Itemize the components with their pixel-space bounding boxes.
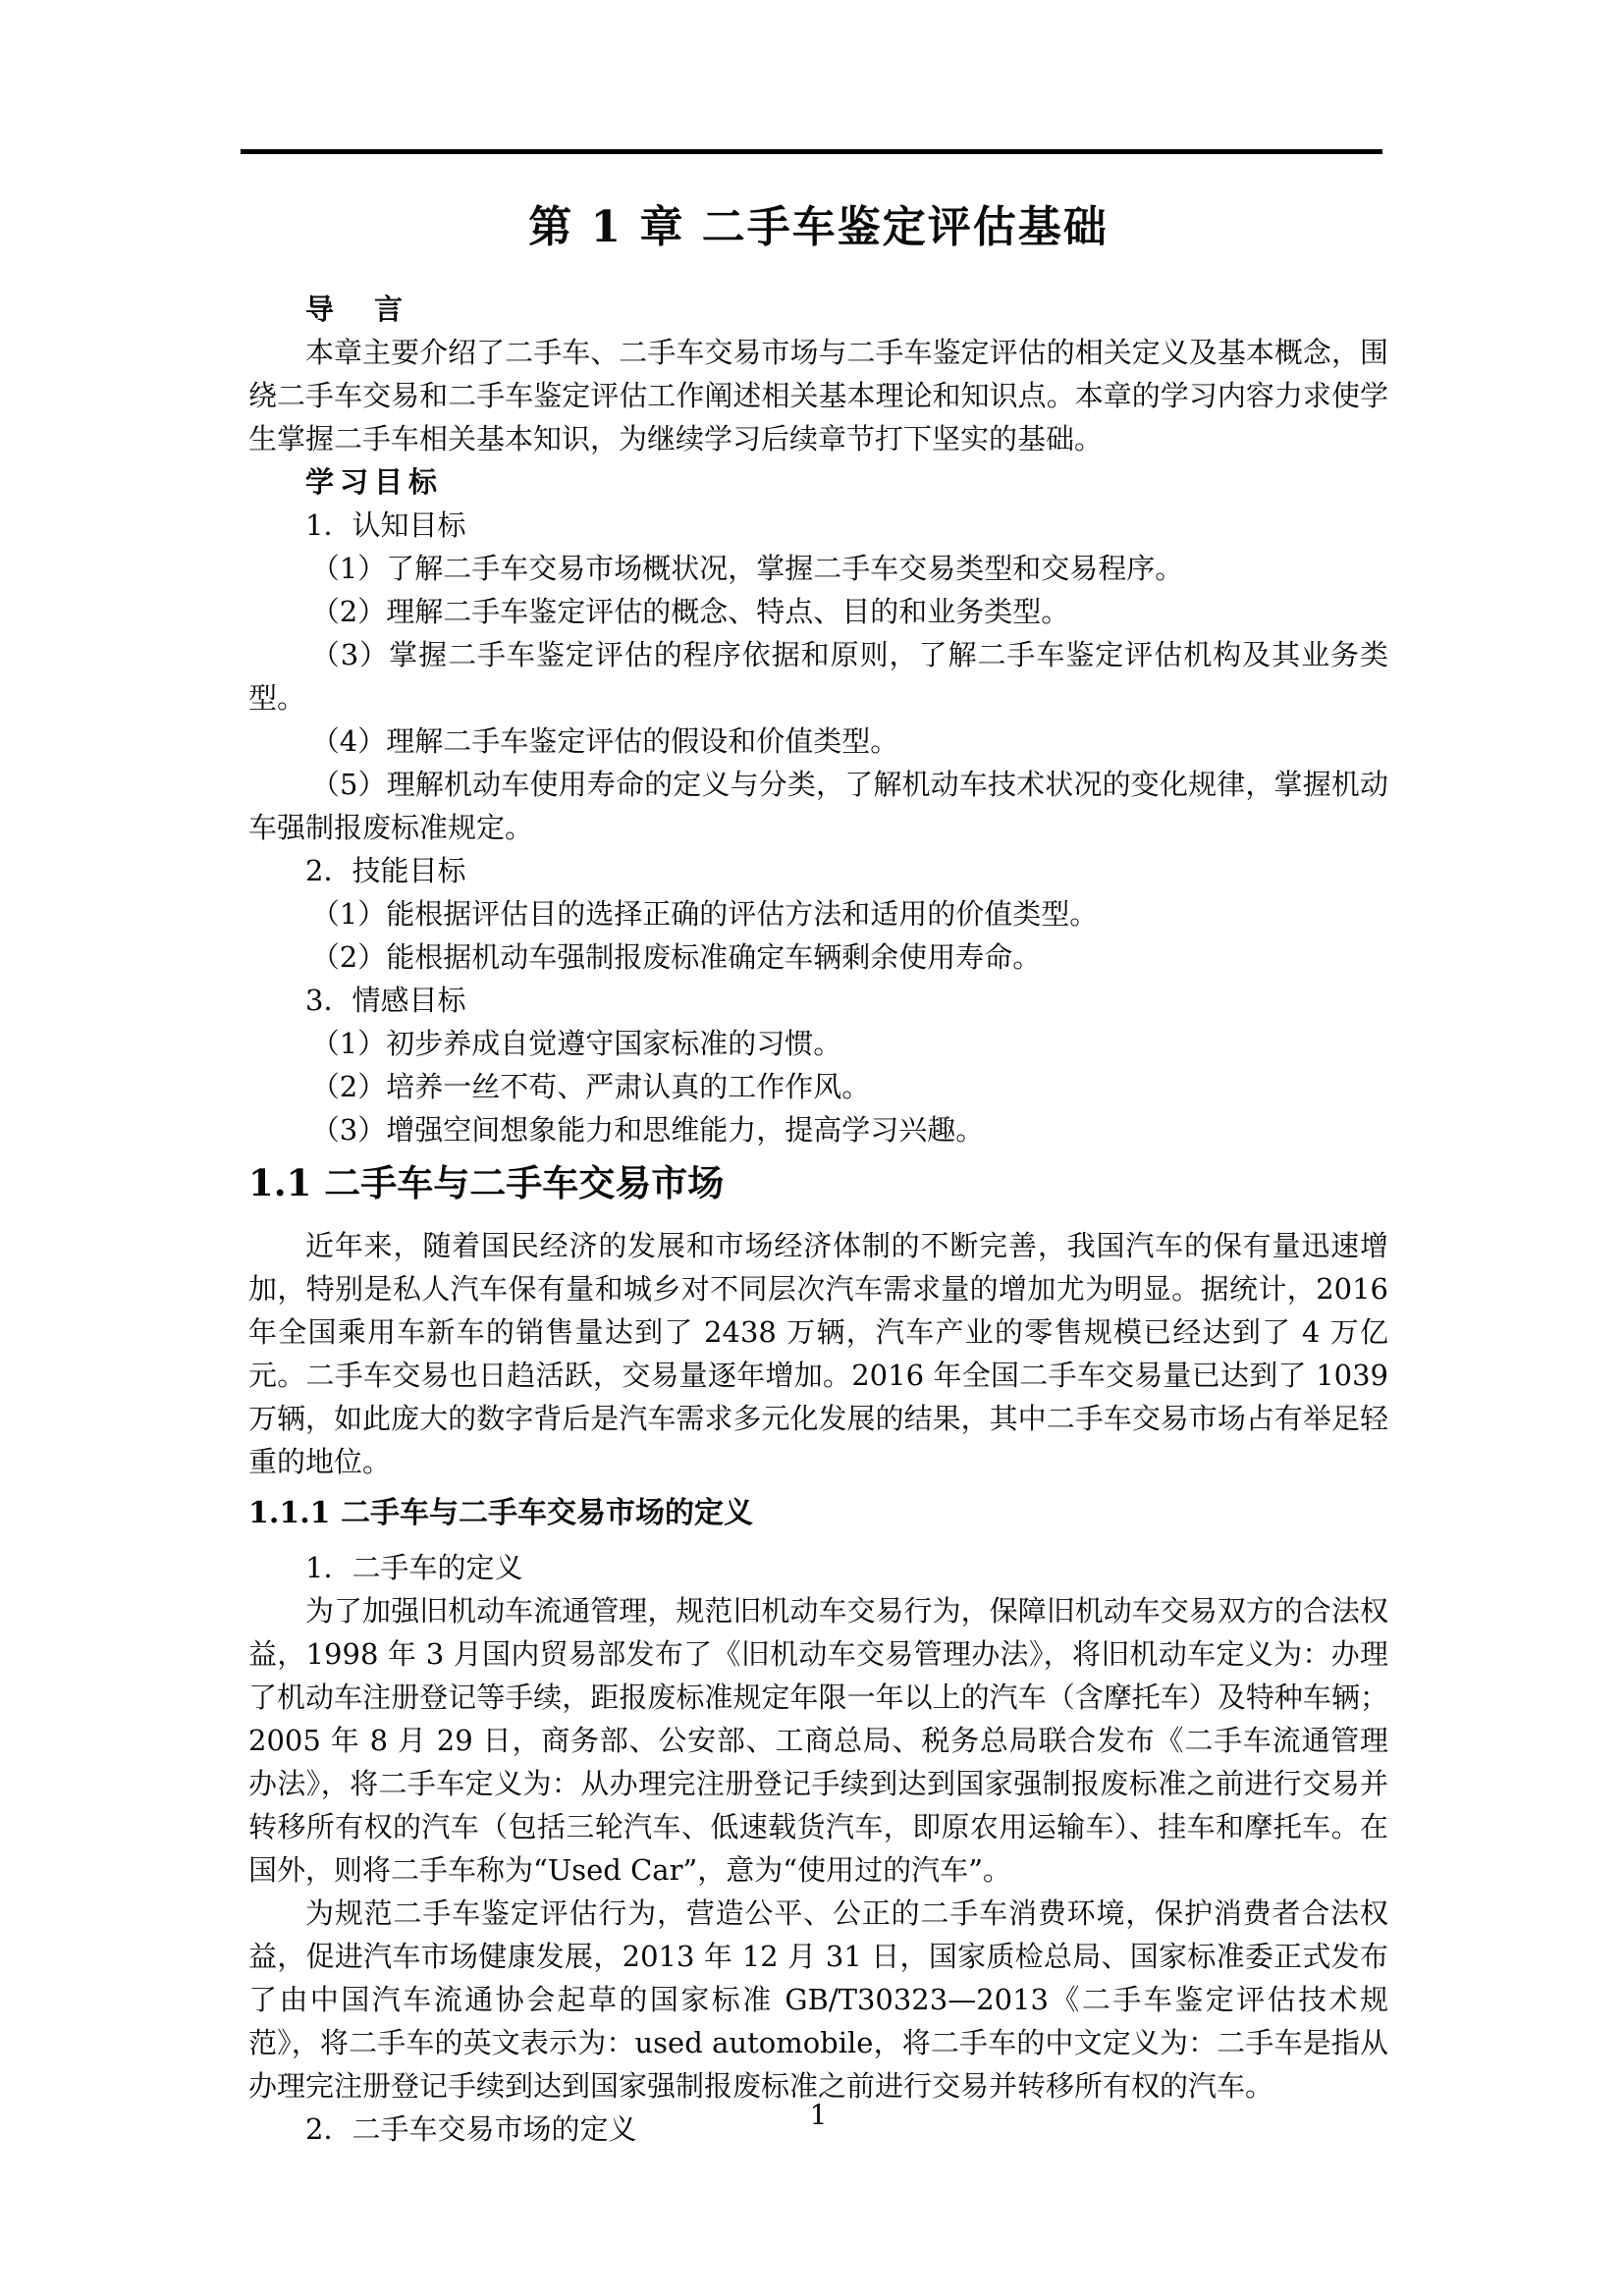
objective-item: （2）能根据机动车强制报废标准确定车辆剩余使用寿命。 xyxy=(248,935,1388,979)
used-car-definition-paragraph-2: 为规范二手车鉴定评估行为，营造公平、公正的二手车消费环境，保护消费者合法权益，促… xyxy=(248,1892,1388,2108)
objective-item: （2）培养一丝不苟、严肃认真的工作作风。 xyxy=(248,1065,1388,1108)
objective-item: （1）初步养成自觉遵守国家标准的习惯。 xyxy=(248,1022,1388,1065)
document-page: 第 1 章 二手车鉴定评估基础 导 言 本章主要介绍了二手车、二手车交易市场与二… xyxy=(0,0,1624,2296)
used-car-definition-title: 1．二手车的定义 xyxy=(248,1546,1388,1589)
objective-item: （5）理解机动车使用寿命的定义与分类，了解机动车技术状况的变化规律，掌握机动车强… xyxy=(248,763,1388,849)
objective-item: （3）掌握二手车鉴定评估的程序依据和原则，了解二手车鉴定评估机构及其业务类型。 xyxy=(248,633,1388,720)
section-heading-1-1: 1.1 二手车与二手车交易市场 xyxy=(248,1159,1388,1206)
objectives-heading: 学习目标 xyxy=(248,460,1388,504)
objective-item: （2）理解二手车鉴定评估的概念、特点、目的和业务类型。 xyxy=(248,590,1388,633)
section-1-1-intro-paragraph: 近年来，随着国民经济的发展和市场经济体制的不断完善，我国汽车的保有量迅速增加，特… xyxy=(248,1224,1388,1483)
objective-item: （3）增强空间想象能力和思维能力，提高学习兴趣。 xyxy=(248,1108,1388,1151)
objective-item: （1）能根据评估目的选择正确的评估方法和适用的价值类型。 xyxy=(248,892,1388,935)
objective-item: （1）了解二手车交易市场概状况，掌握二手车交易类型和交易程序。 xyxy=(248,547,1388,590)
subsection-heading-1-1-1: 1.1.1 二手车与二手车交易市场的定义 xyxy=(248,1491,1388,1536)
objective-item: （4）理解二手车鉴定评估的假设和价值类型。 xyxy=(248,720,1388,763)
page-number: 1 xyxy=(248,2099,1388,2132)
objective-group-title-affective: 3．情感目标 xyxy=(248,979,1388,1022)
objective-group-title-cognitive: 1．认知目标 xyxy=(248,504,1388,547)
used-car-definition-paragraph-1: 为了加强旧机动车流通管理，规范旧机动车交易行为，保障旧机动车交易双方的合法权益，… xyxy=(248,1589,1388,1892)
chapter-title: 第 1 章 二手车鉴定评估基础 xyxy=(248,0,1388,258)
document-body: 第 1 章 二手车鉴定评估基础 导 言 本章主要介绍了二手车、二手车交易市场与二… xyxy=(248,0,1388,2151)
intro-heading: 导 言 xyxy=(248,288,1388,331)
objective-group-title-skill: 2．技能目标 xyxy=(248,849,1388,892)
intro-paragraph: 本章主要介绍了二手车、二手车交易市场与二手车鉴定评估的相关定义及基本概念，围绕二… xyxy=(248,331,1388,460)
